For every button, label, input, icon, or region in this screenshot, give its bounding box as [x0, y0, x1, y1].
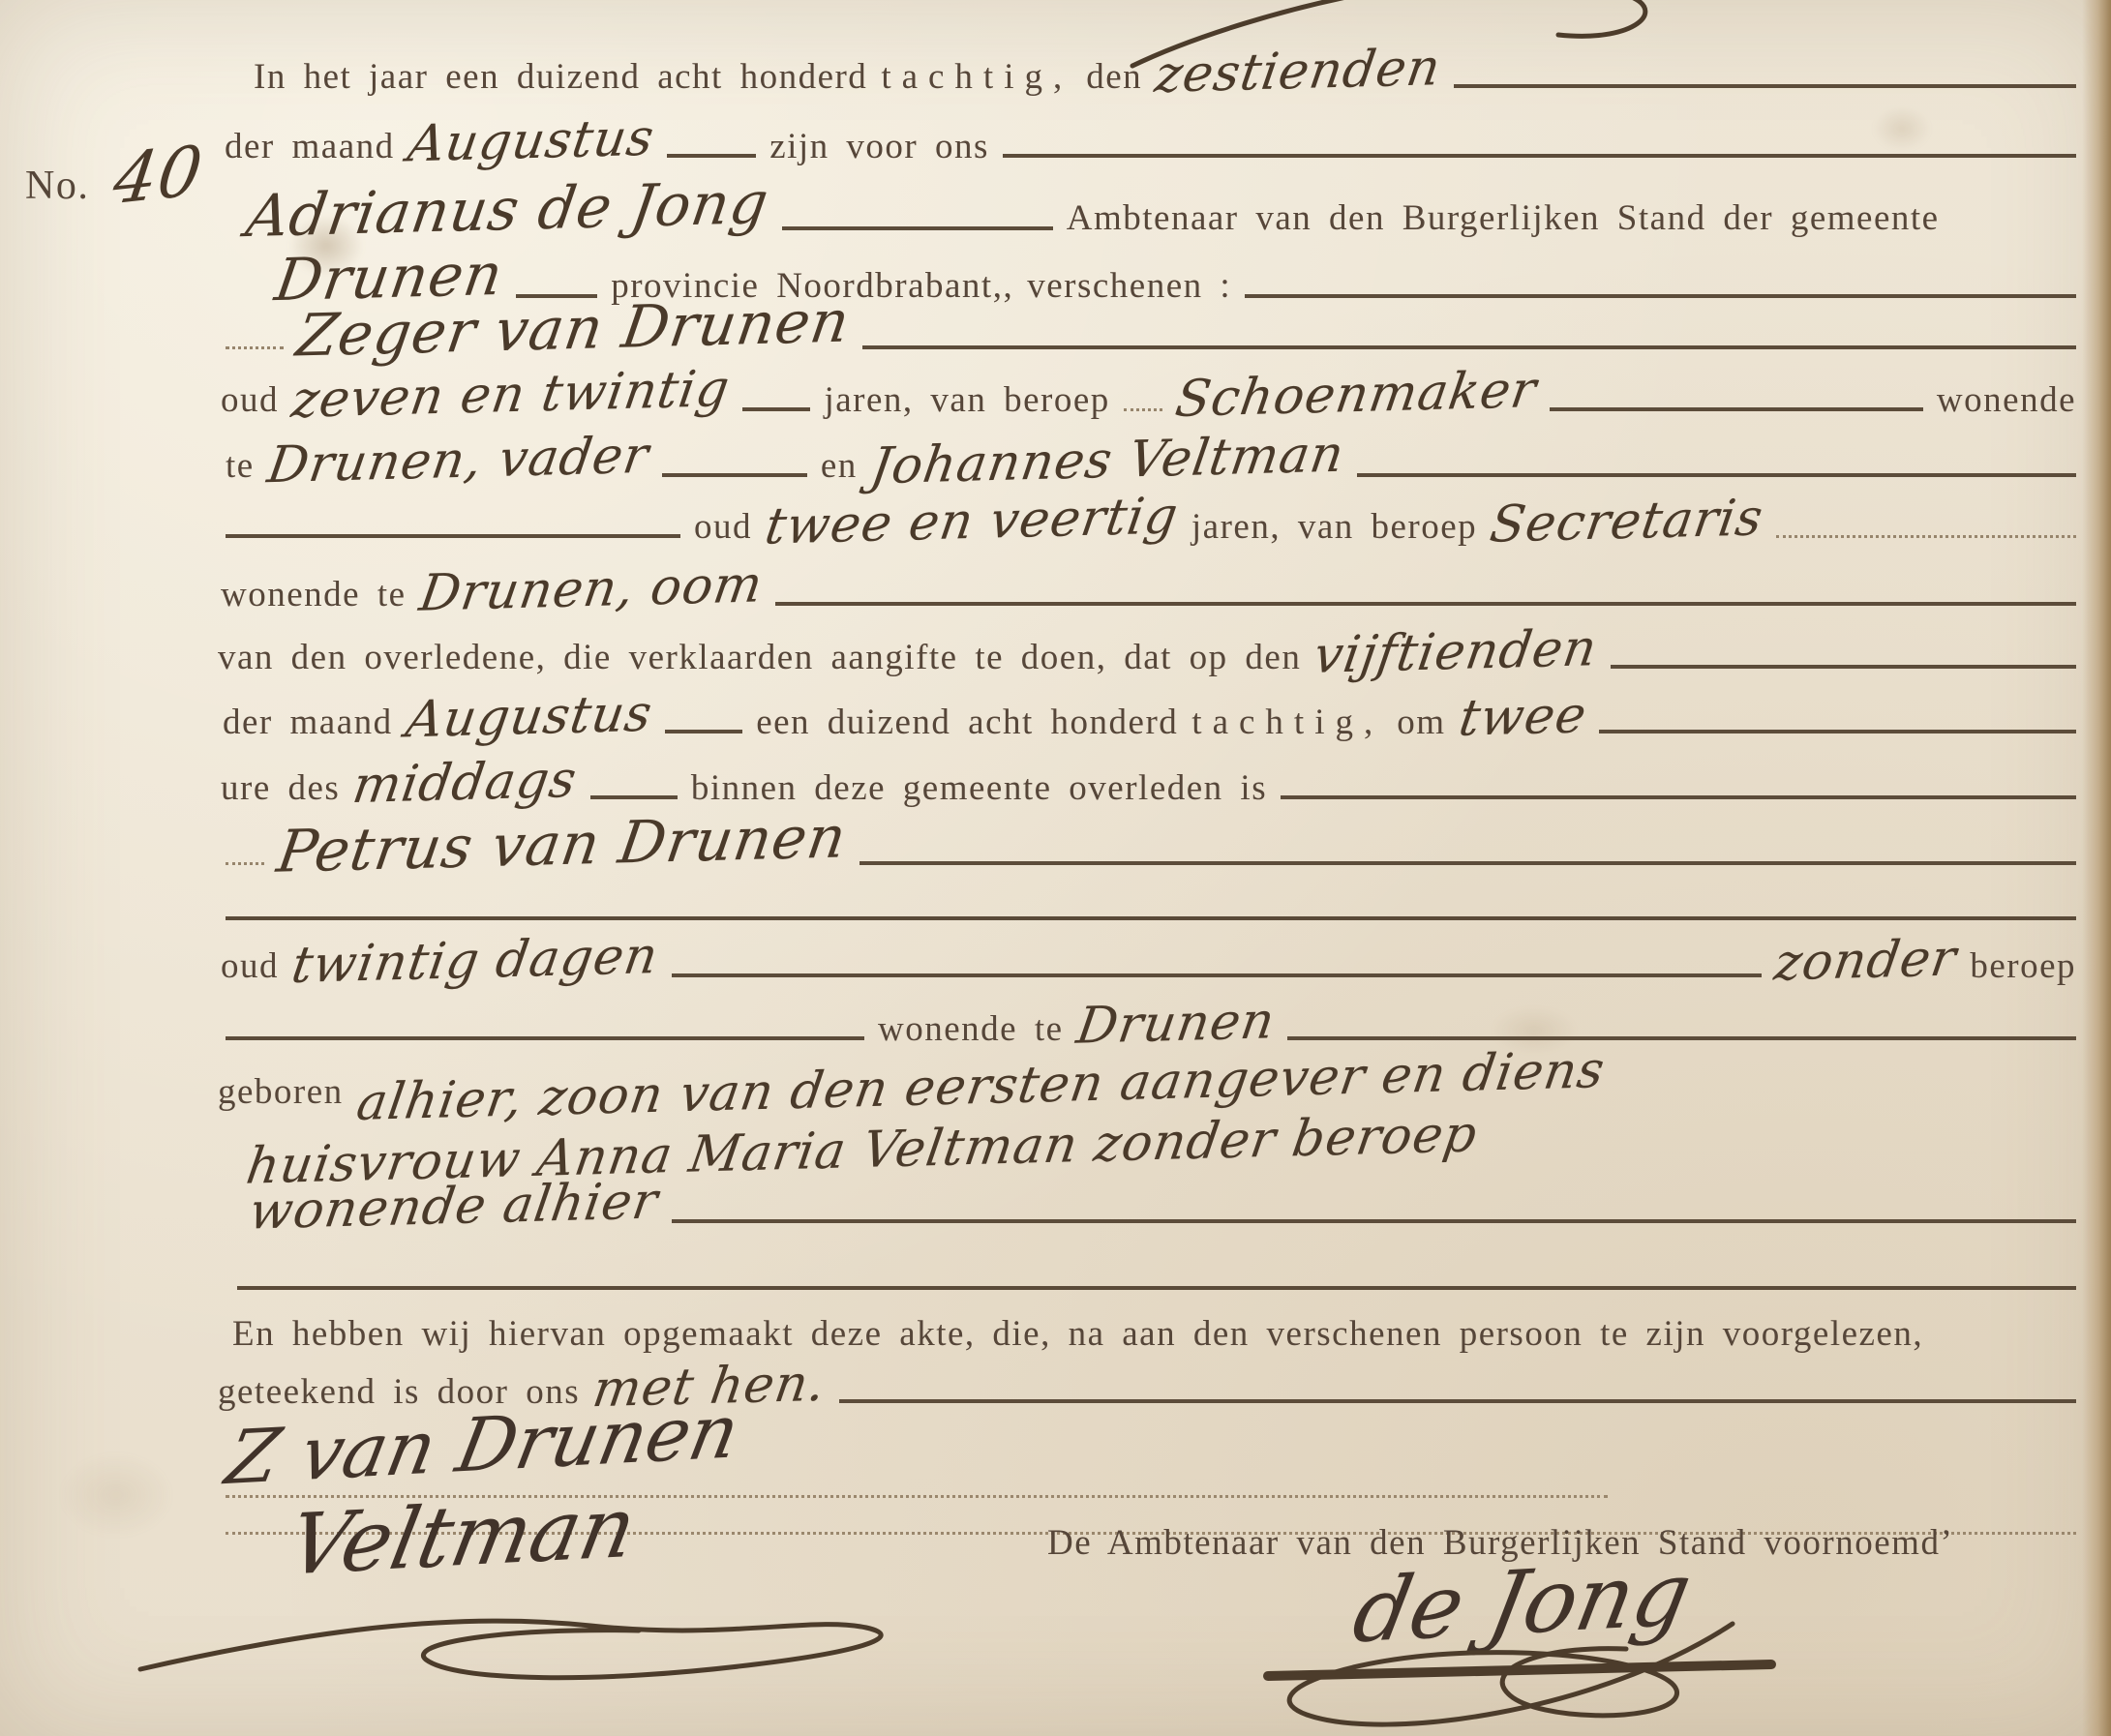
fill-line [226, 862, 264, 865]
printed-text: jaren, van beroep [1191, 509, 1477, 545]
handwritten-officer-name: Adrianus de Jong [243, 174, 773, 246]
handwritten-deceased-name: Petrus van Drunen [274, 808, 851, 882]
form-line-deceased-residence: wonende te Drunen [226, 999, 2076, 1049]
printed-text-spaced: tachtig, [1191, 704, 1383, 740]
signature-officer: de Jong [1346, 1550, 1698, 1656]
printed-text: Ambtenaar van den Burgerlijken Stand der… [1067, 200, 1940, 236]
form-line-time-of-day: ure des middags binnen deze gemeente ove… [221, 758, 2076, 808]
fill-line [662, 473, 807, 477]
printed-text: te [226, 448, 255, 484]
printed-text: geboren [218, 1074, 344, 1110]
form-line-year: In het jaar een duizend acht honderd tac… [254, 46, 2076, 97]
printed-text: der maand [225, 129, 395, 165]
fill-line [775, 602, 2076, 606]
handwritten-age: zeven en twintig [288, 364, 733, 426]
printed-text: wonende te [221, 577, 407, 613]
form-line-declarant2-age-occupation: oud twee en veertig jaren, van beroep Se… [226, 496, 2076, 547]
fill-line [1611, 665, 2076, 669]
fill-line [1003, 154, 2076, 158]
fill-line [1124, 408, 1162, 411]
printed-text: ure des [221, 770, 340, 806]
form-line-declarant2-residence: wonende te Drunen, oom [221, 564, 2076, 614]
fill-line [226, 346, 284, 349]
form-line-deceased-age-occupation: oud twintig dagen zonder beroep [221, 936, 2076, 986]
signature-flourish-veltman [136, 1577, 1065, 1703]
printed-text: wonende [1937, 382, 2076, 418]
fill-line [672, 973, 1762, 977]
form-line-deceased-name: Petrus van Drunen [226, 816, 2076, 874]
printed-text: In het jaar een duizend acht honderd [254, 59, 867, 95]
ruled-line [226, 916, 2076, 920]
fill-line [665, 730, 742, 733]
fill-line [226, 1036, 864, 1040]
fill-line [1245, 294, 2076, 298]
record-number-value: 40 [110, 136, 208, 215]
printed-text: der maand [223, 704, 393, 740]
form-line-month: der maand Augustus zijn voor ons [225, 116, 2076, 166]
handwritten-occupation: Secretaris [1487, 493, 1766, 551]
printed-text: oud [694, 509, 752, 545]
printed-text: van den overledene, die verklaarden aang… [218, 640, 1301, 675]
fill-line [1357, 473, 2076, 477]
printed-text: En hebben wij hiervan opgemaakt deze akt… [232, 1316, 1923, 1352]
fill-line [226, 534, 680, 538]
fill-line [1454, 84, 2076, 88]
form-line-residence-declarant2-name: te Drunen, vader en Johannes Veltman [226, 435, 2076, 486]
form-line-mother-residence: wonende alhier [250, 1182, 2076, 1232]
fill-line [782, 226, 1053, 230]
handwritten-age: twintig dagen [288, 931, 661, 991]
handwritten-declarant1-name: Zeger van Drunen [293, 292, 854, 365]
form-line-officer-name: Adrianus de Jong Ambtenaar van den Burge… [247, 181, 2076, 239]
handwritten-time-of-day: middags [349, 755, 580, 811]
printed-text: binnen deze gemeente overleden is [691, 770, 1267, 806]
death-certificate-page: No. 40 In het jaar een duizend acht hond… [0, 0, 2111, 1736]
fill-line [742, 407, 810, 411]
handwritten-month: Augustus [405, 113, 657, 170]
printed-text: beroep [1970, 948, 2076, 984]
printed-text: den [1086, 59, 1142, 95]
printed-text: oud [221, 948, 279, 984]
fill-line [1287, 1036, 2076, 1040]
paper-stain [58, 1452, 174, 1539]
printed-text-spaced: tachtig, [881, 59, 1072, 95]
printed-text: oud [221, 382, 279, 418]
signature-declarant-uncle: Veltman [283, 1485, 643, 1588]
fill-line [1550, 407, 1923, 411]
printed-text: zijn voor ons [769, 129, 989, 165]
handwritten-residence: wonende alhier [246, 1176, 661, 1237]
fill-line [667, 154, 756, 158]
fill-line [590, 795, 678, 799]
printed-text: verschenen : [1027, 268, 1231, 304]
handwritten-occupation: zonder [1771, 933, 1960, 988]
handwritten-month: Augustus [403, 689, 655, 746]
handwritten-hour: twee [1456, 690, 1590, 744]
form-line-closing-statement: En hebben wij hiervan opgemaakt deze akt… [232, 1316, 2076, 1352]
record-number-label: No. [25, 165, 89, 206]
fill-line [672, 1219, 2076, 1223]
form-line-death-month-hour: der maand Augustus een duizend acht hond… [223, 692, 2076, 742]
fill-line [1599, 730, 2076, 733]
ruled-line [237, 1286, 2076, 1290]
printed-text: en [821, 448, 858, 484]
handwritten-declarant2-name: Johannes Veltman [867, 429, 1347, 492]
handwritten-occupation: Schoenmaker [1172, 365, 1540, 425]
form-line-declarant1-age-occupation: oud zeven en twintig jaren, van beroep S… [221, 370, 2076, 420]
handwritten-residence: Drunen [1073, 996, 1279, 1052]
printed-text: om [1397, 704, 1445, 740]
page-right-edge [2082, 0, 2111, 1736]
handwritten-residence-relation: Drunen, oom [416, 559, 766, 618]
form-line-birthplace-parents: geboren alhier, zoon van den eersten aan… [218, 1062, 2076, 1112]
fill-line [1281, 795, 2076, 799]
record-number: No. 40 [25, 141, 202, 209]
handwritten-residence-relation: Drunen, vader [264, 431, 652, 492]
fill-line [1776, 535, 2076, 538]
fill-line [859, 861, 2076, 865]
form-line-declarant1-name: Zeger van Drunen [226, 300, 2076, 358]
handwritten-age: twee en veertig [762, 491, 1182, 552]
printed-text: jaren, van beroep [824, 382, 1109, 418]
printed-text: een duizend acht honderd [756, 704, 1178, 740]
handwritten-death-day: vijftienden [1312, 623, 1601, 681]
form-line-declaration-date: van den overledene, die verklaarden aang… [218, 627, 2076, 677]
printed-text: wonende te [878, 1011, 1064, 1047]
handwritten-day: zestienden [1152, 43, 1444, 101]
fill-line [862, 345, 2076, 349]
fill-line [839, 1399, 2076, 1403]
form-line-mother: huisvrouw Anna Maria Veltman zonder bero… [247, 1125, 2076, 1176]
